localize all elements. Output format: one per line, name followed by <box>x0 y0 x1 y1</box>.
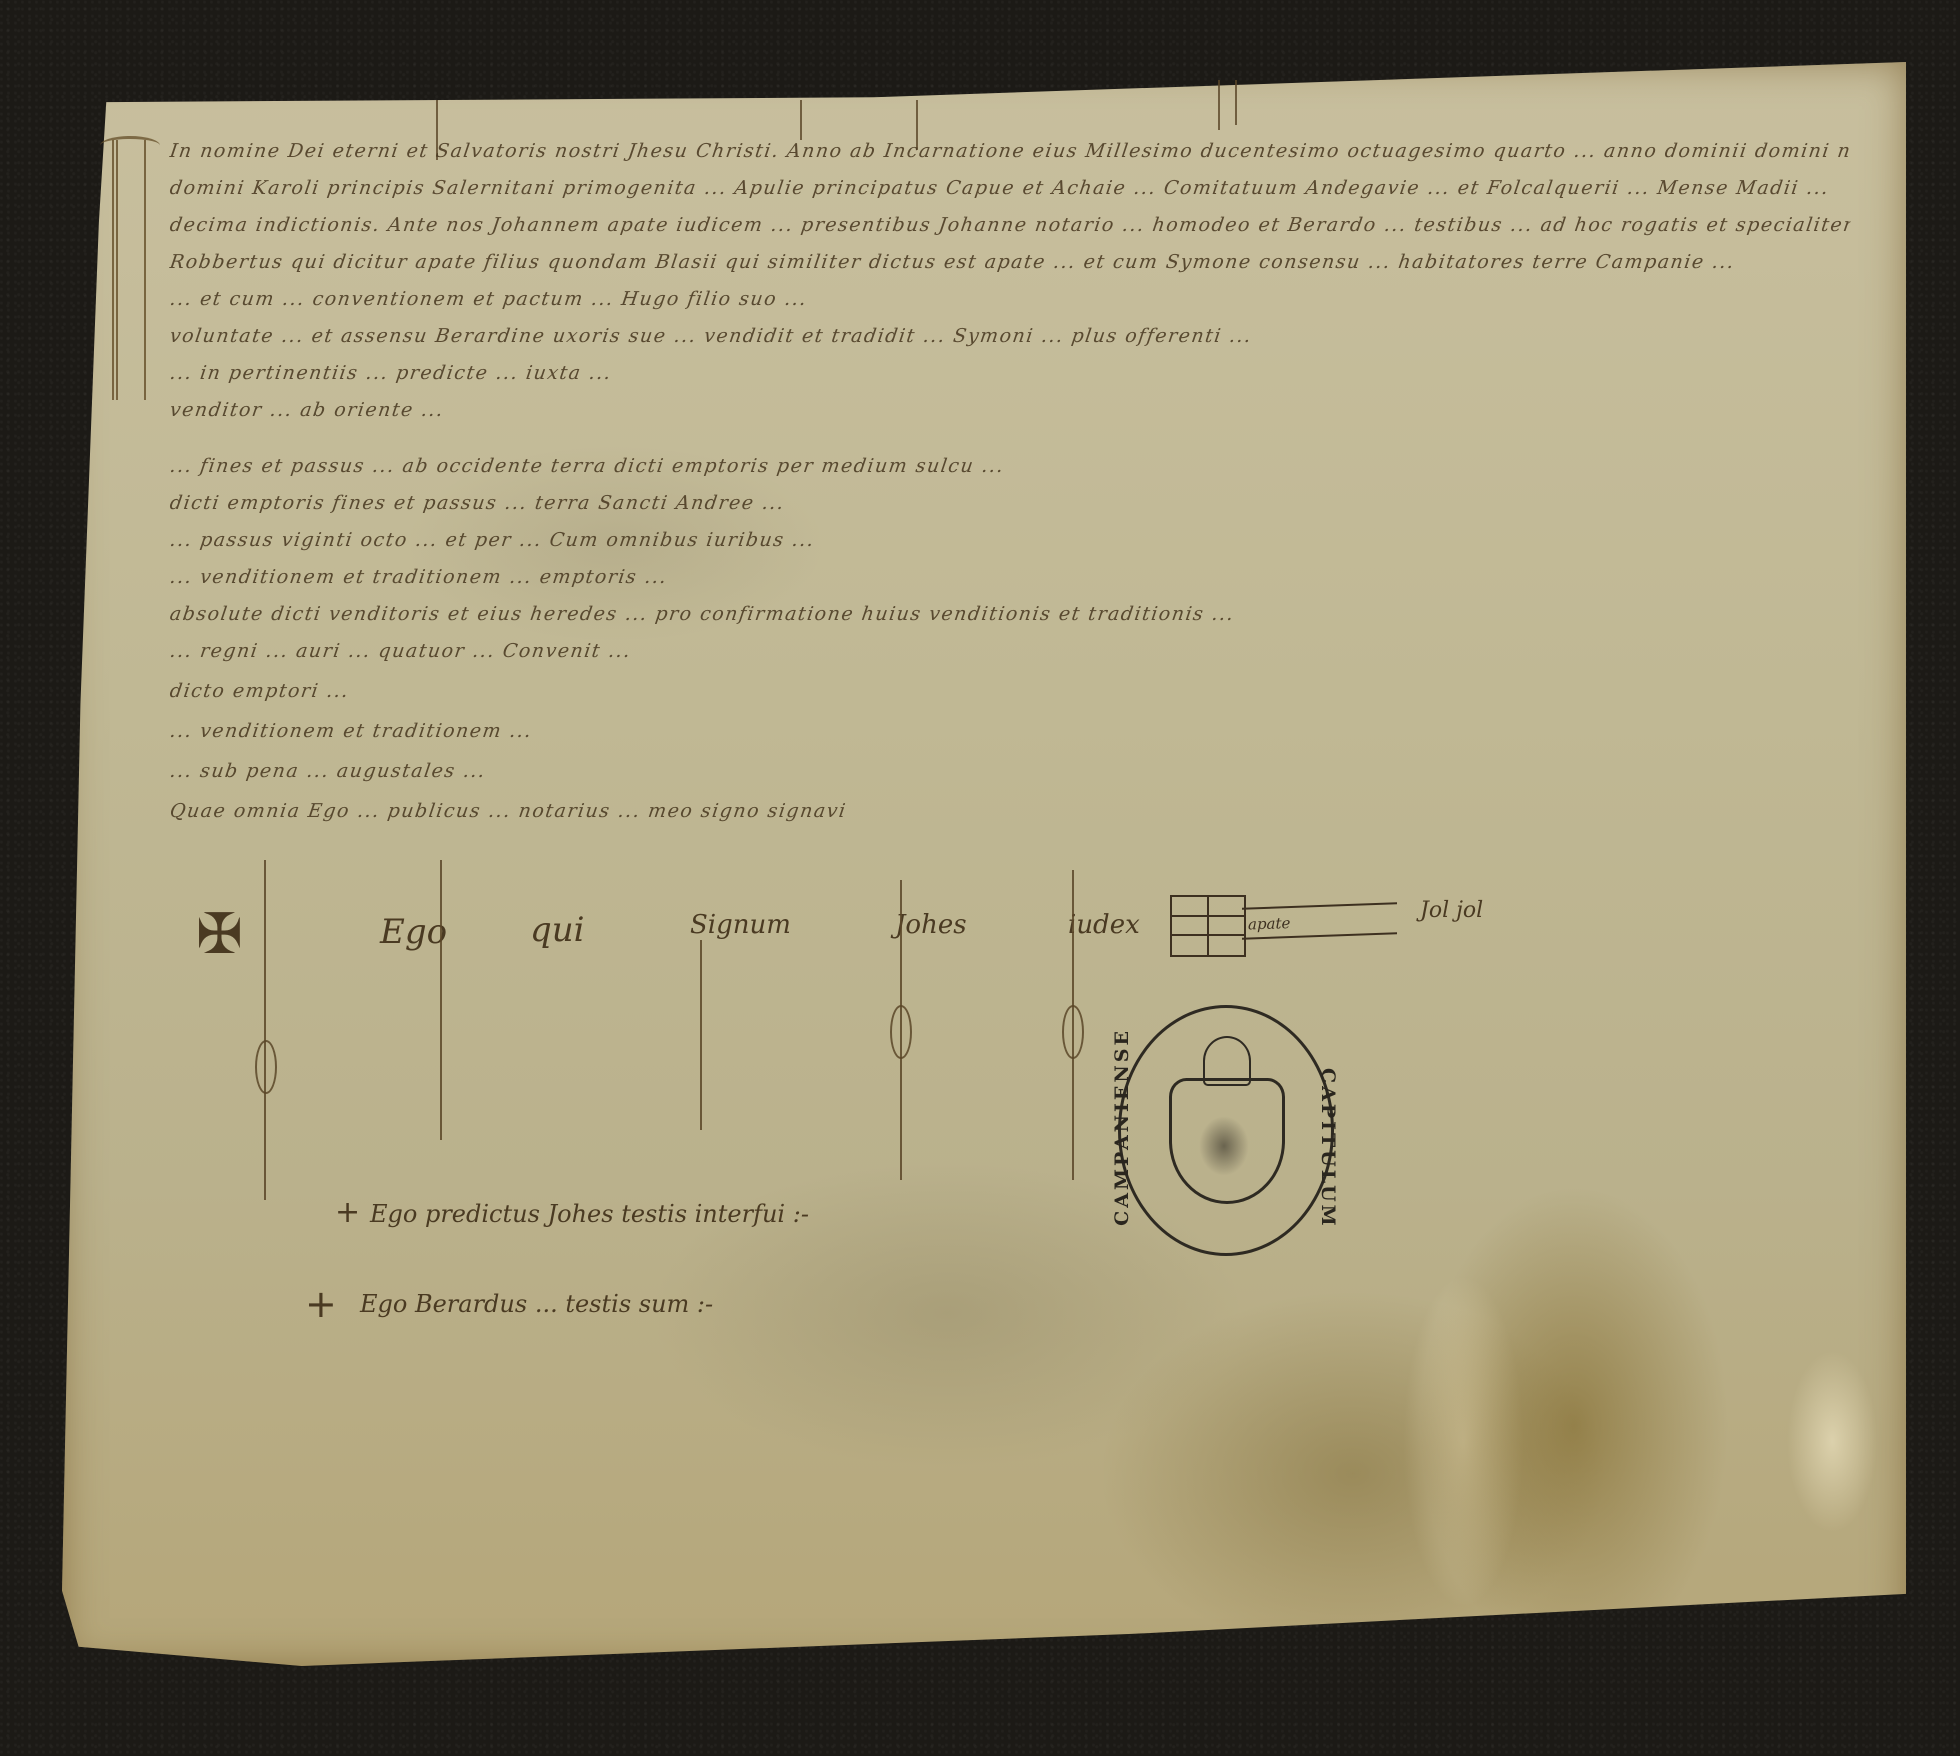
signum-signature: Signum <box>690 910 791 940</box>
signature-loop <box>890 1005 912 1059</box>
iudex-signature: iudex <box>1068 910 1140 940</box>
stamp-text-left: CAMPANIENSE <box>1111 1028 1133 1226</box>
archive-stamp: CAPITULUM CAMPANIENSE <box>1118 1005 1334 1256</box>
notarial-sign-grid <box>1170 895 1246 957</box>
stamp-text: CAPITULUM CAMPANIENSE <box>1121 1008 1331 1253</box>
witness-line: Ego Berardus ... testis sum :- <box>360 1290 713 1318</box>
ego-signature: Ego <box>380 912 447 952</box>
stamp-text-right: CAPITULUM <box>1317 1068 1339 1229</box>
qui-signature: qui <box>530 910 585 950</box>
signature-stem <box>700 940 702 1130</box>
signature-block: ✠ Ego qui Signum Johes iudex apate Jol j… <box>0 0 1960 1756</box>
johes-signature: Johes <box>895 910 967 940</box>
signature-loop <box>255 1040 277 1094</box>
witness-line: Ego predictus Johes testis interfui :- <box>370 1200 809 1228</box>
notary-cross-sign-icon: ✠ <box>196 902 243 967</box>
witness-cross-icon: + <box>305 1282 337 1326</box>
notarial-mark-band: apate <box>1242 902 1397 939</box>
witness-cross-icon: + <box>335 1195 360 1230</box>
signature-stem <box>264 860 266 1200</box>
tail-text: Jol jol <box>1420 898 1483 923</box>
signature-loop <box>1062 1005 1084 1059</box>
signature-stem <box>440 860 442 1140</box>
